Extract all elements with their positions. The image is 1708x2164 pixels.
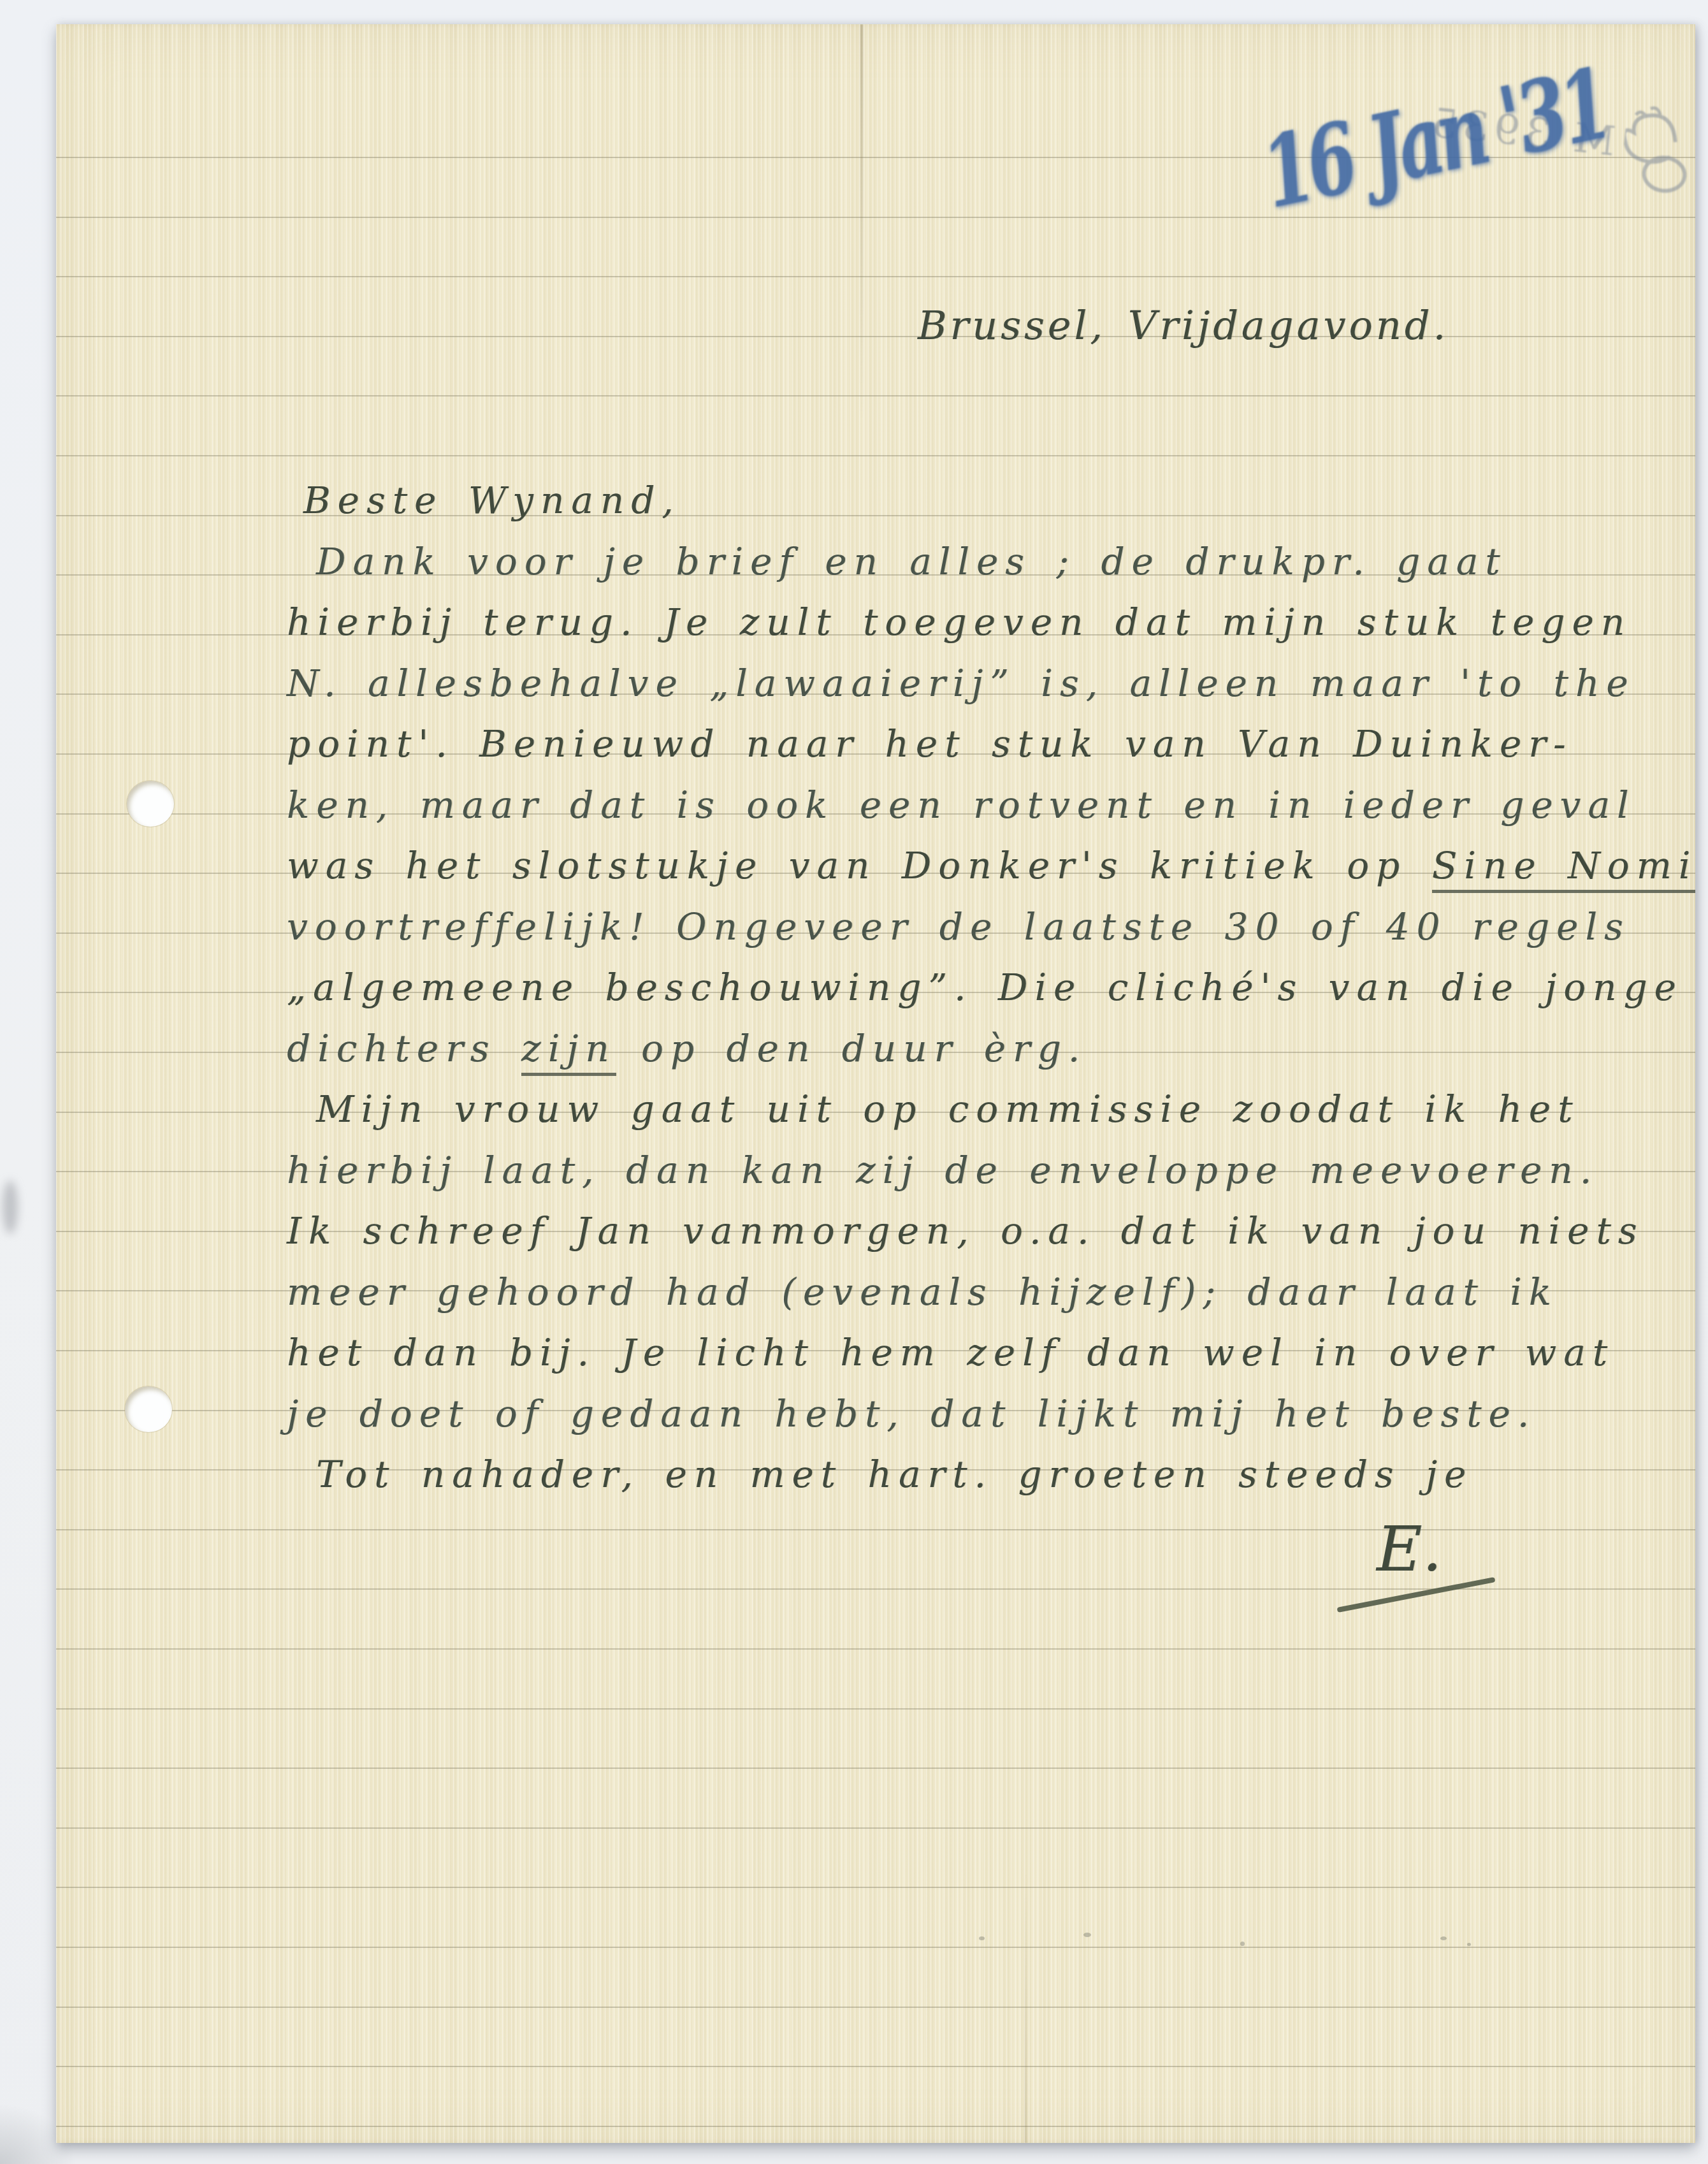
letter-line: hierbij terug. Je zult toegeven dat mijn… [287, 592, 1695, 653]
underlined-word: zijn [521, 1027, 616, 1076]
letter-page: M 3935 16 Jan '31 Brussel, Vrijdagavond.… [56, 24, 1695, 2143]
underlined-word: Sine Nomine [1432, 844, 1695, 893]
line-text: het dan bij. Je licht hem zelf dan wel i… [287, 1331, 1614, 1374]
paper-speck [979, 1936, 985, 1940]
paper-speck [1440, 1936, 1447, 1940]
line-text: Tot nahader, en met hart. groeten steeds… [316, 1453, 1473, 1496]
paper-speck [1083, 1933, 1091, 1937]
letter-line: Beste Wynand, [303, 470, 1695, 532]
letter-line: je doet of gedaan hebt, dat lijkt mij he… [287, 1384, 1695, 1445]
line-text: hierbij terug. Je zult toegeven dat mijn… [287, 600, 1632, 644]
line-text: was het slotstukje van Donker's kritiek … [287, 844, 1432, 887]
line-text: Dank voor je brief en alles ; de drukpr.… [316, 540, 1507, 583]
letter-line: point'. Benieuwd naar het stuk van Van D… [287, 714, 1695, 775]
line-text: je doet of gedaan hebt, dat lijkt mij he… [287, 1392, 1536, 1435]
paper-crease-bottom [1025, 1873, 1027, 2143]
lion-emblem-icon [1619, 92, 1695, 201]
letter-line: dichters zijn op den duur èrg. [287, 1019, 1695, 1080]
letter-line: Mijn vrouw gaat uit op commissie zoodat … [316, 1079, 1695, 1140]
line-text: meer gehoord had (evenals hijzelf); daar… [287, 1270, 1558, 1314]
letter-line: was het slotstukje van Donker's kritiek … [287, 836, 1695, 897]
line-text: ken, maar dat is ook een rotvent en in i… [287, 783, 1636, 827]
letter-line: Tot nahader, en met hart. groeten steeds… [316, 1444, 1695, 1506]
scan-smudge [3, 1180, 18, 1234]
letter-body: Beste Wynand,Dank voor je brief en alles… [287, 470, 1695, 1506]
line-text: dichters [287, 1027, 521, 1070]
letter-line: hierbij laat, dan kan zij de enveloppe m… [287, 1140, 1695, 1202]
letter-line: het dan bij. Je licht hem zelf dan wel i… [287, 1323, 1695, 1384]
letter-line: „algemeene beschouwing”. Die cliché's va… [287, 957, 1695, 1019]
signature: E. [1377, 1513, 1442, 1586]
punch-hole-top [127, 781, 174, 827]
line-text: voortreffelijk! Ongeveer de laatste 30 o… [287, 905, 1630, 948]
paper-speck [1240, 1942, 1245, 1946]
letter-line: meer gehoord had (evenals hijzelf); daar… [287, 1262, 1695, 1323]
line-text: „algemeene beschouwing”. Die cliché's va… [287, 966, 1683, 1009]
letter-dateline: Brussel, Vrijdagavond. [918, 302, 1449, 349]
letter-line: ken, maar dat is ook een rotvent en in i… [287, 775, 1695, 836]
letter-line: Ik schreef Jan vanmorgen, o.a. dat ik va… [287, 1201, 1695, 1262]
letter-line: Dank voor je brief en alles ; de drukpr.… [316, 532, 1695, 593]
line-text: Ik schreef Jan vanmorgen, o.a. dat ik va… [287, 1209, 1644, 1253]
paper-speck [1467, 1943, 1471, 1946]
line-text: Mijn vrouw gaat uit op commissie zoodat … [316, 1087, 1579, 1131]
paper-crease-top [860, 24, 863, 419]
line-text: point'. Benieuwd naar het stuk van Van D… [287, 722, 1573, 766]
punch-hole-bottom [125, 1386, 172, 1432]
line-text: op den duur èrg. [616, 1027, 1087, 1070]
letter-line: N. allesbehalve „lawaaierij” is, alleen … [287, 653, 1695, 715]
line-text: N. allesbehalve „lawaaierij” is, alleen … [287, 662, 1635, 705]
line-text: hierbij laat, dan kan zij de enveloppe m… [287, 1149, 1598, 1192]
letter-line: voortreffelijk! Ongeveer de laatste 30 o… [287, 897, 1695, 958]
line-text: Beste Wynand, [303, 479, 681, 522]
